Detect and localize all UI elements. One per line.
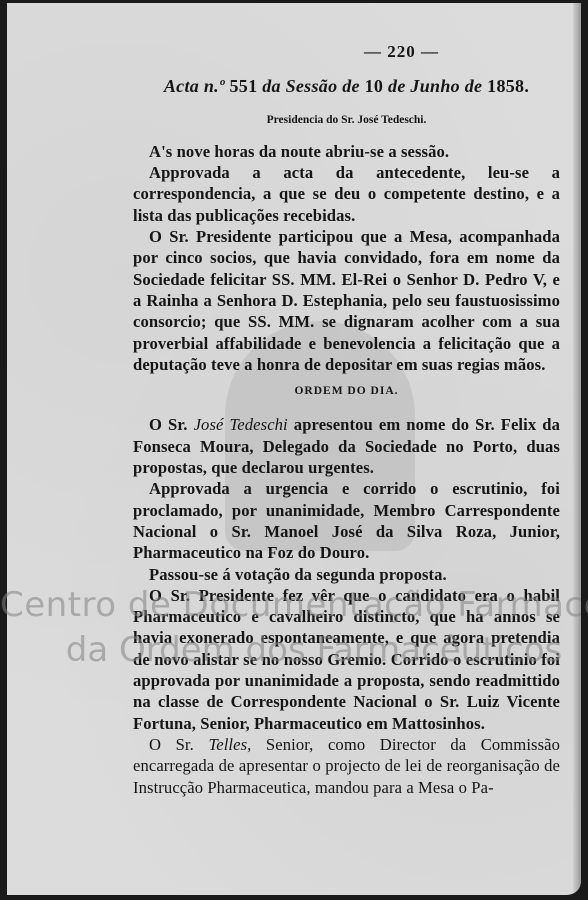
paragraph-readmission: O Sr. Presidente fez vêr que o candidato… [133,585,560,734]
minutes-title: Acta n.º 551 da Sessão de 10 de Junho de… [133,76,560,97]
scanned-page: — 220 — Acta n.º 551 da Sessão de 10 de … [7,3,581,895]
title-month: de Junho de [388,76,482,96]
page-text: — 220 — Acta n.º 551 da Sessão de 10 de … [133,41,560,798]
paragraph-first-proposal: Approvada a urgencia e corrido o escruti… [133,478,560,563]
title-year: 1858. [487,76,529,96]
title-day: 10 [365,76,384,96]
paragraph-proposals: O Sr. José Tedeschi apresentou em nome d… [133,414,560,478]
paragraph-approval: Approvada a acta da antecedente, leu-se … [133,162,560,226]
section-heading: ORDEM DO DIA. [133,381,560,402]
presidency-line: Presidencia do Sr. José Tedeschi. [133,110,560,131]
title-prefix: Acta n.º [164,76,225,96]
paragraph-commission: O Sr. Telles, Senior, como Director da C… [133,734,560,798]
person-name: Telles [208,735,247,754]
paragraph-opening: A's nove horas da noute abriu-se a sessã… [133,141,560,162]
title-middle: da Sessão de [262,76,360,96]
paragraph-president-report: O Sr. Presidente participou que a Mesa, … [133,226,560,375]
title-number: 551 [229,76,257,96]
page-number: — 220 — [243,41,560,62]
person-name: José Tedeschi [194,415,288,434]
page-edge [573,3,581,895]
paragraph-second-proposal: Passou-se á votação da segunda proposta. [133,564,560,585]
